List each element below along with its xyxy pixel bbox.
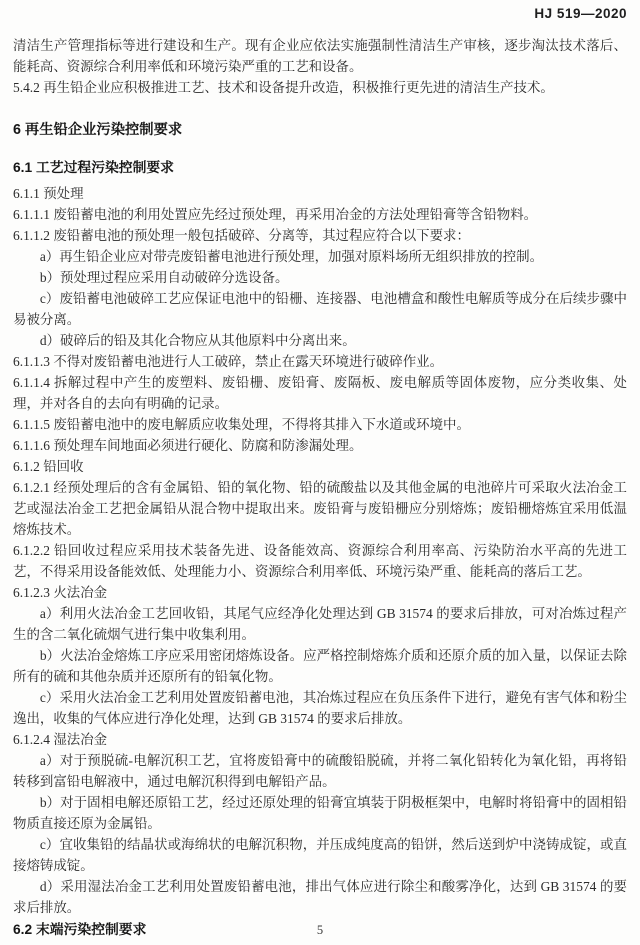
item-6-1-1-2-b: b）预处理过程应采用自动破碎分选设备。 [13, 267, 627, 288]
doc-number: HJ 519—2020 [13, 6, 627, 21]
item-6-1-2-4-c: c）宜收集铅的结晶状或海绵状的电解沉积物，并压成纯度高的铅饼，然后送到炉中浇铸成… [13, 834, 627, 876]
para-6-1-2-1: 6.1.2.1 经预处理后的含有金属铅、铅的氧化物、铅的硫酸盐以及其他金属的电池… [13, 477, 627, 540]
para-6-1-1-3: 6.1.1.3 不得对废铅蓄电池进行人工破碎，禁止在露天环境进行破碎作业。 [13, 351, 627, 372]
para-6-1-1-4: 6.1.1.4 拆解过程中产生的废塑料、废铅栅、废铅膏、废隔板、废电解质等固体废… [13, 372, 627, 414]
heading-6-1: 6.1 工艺过程污染控制要求 [13, 157, 627, 178]
item-6-1-2-3-a: a）利用火法冶金工艺回收铅，其尾气应经净化处理达到 GB 31574 的要求后排… [13, 603, 627, 645]
item-6-1-1-2-d: d）破碎后的铅及其化合物应从其他原料中分离出来。 [13, 330, 627, 351]
para-6-1-1: 6.1.1 预处理 [13, 183, 627, 204]
item-6-1-2-4-b: b）对于固相电解还原铅工艺，经过还原处理的铅膏宜填装于阴极框架中，电解时将铅膏中… [13, 792, 627, 834]
para-6-1-1-2: 6.1.1.2 废铅蓄电池的预处理一般包括破碎、分离等，其过程应符合以下要求： [13, 225, 627, 246]
para-6-1-2-4: 6.1.2.4 湿法冶金 [13, 729, 627, 750]
para-6-1-2-2: 6.1.2.2 铅回收过程应采用技术装备先进、设备能效高、资源综合利用率高、污染… [13, 540, 627, 582]
item-6-1-2-4-d: d）采用湿法冶金工艺利用处置废铅蓄电池，排出气体应进行除尘和酸雾净化，达到 GB… [13, 876, 627, 918]
document-page: HJ 519—2020 清洁生产管理指标等进行建设和生产。现有企业应依法实施强制… [0, 0, 640, 945]
item-6-1-2-4-a: a）对于预脱硫-电解沉积工艺，宜将废铅膏中的硫酸铅脱硫，并将二氧化铅转化为氧化铅… [13, 750, 627, 792]
item-6-1-2-3-c: c）采用火法冶金工艺利用处置废铅蓄电池，其冶炼过程应在负压条件下进行，避免有害气… [13, 687, 627, 729]
document-body: 清洁生产管理指标等进行建设和生产。现有企业应依法实施强制性清洁生产审核，逐步淘汰… [13, 35, 627, 940]
item-6-1-1-2-a: a）再生铅企业应对带壳废铅蓄电池进行预处理，加强对原料场所无组织排放的控制。 [13, 246, 627, 267]
para-6-1-2: 6.1.2 铅回收 [13, 456, 627, 477]
item-6-1-2-3-b: b）火法冶金熔炼工序应采用密闭熔炼设备。应严格控制熔炼介质和还原介质的加入量，以… [13, 645, 627, 687]
item-6-1-1-2-c: c）废铅蓄电池破碎工艺应保证电池中的铅栅、连接器、电池槽盒和酸性电解质等成分在后… [13, 288, 627, 330]
para-6-1-1-1: 6.1.1.1 废铅蓄电池的利用处置应先经过预处理，再采用冶金的方法处理铅膏等含… [13, 204, 627, 225]
page-number: 5 [0, 923, 640, 938]
para-continuation: 清洁生产管理指标等进行建设和生产。现有企业应依法实施强制性清洁生产审核，逐步淘汰… [13, 35, 627, 77]
heading-6: 6 再生铅企业污染控制要求 [13, 120, 627, 141]
para-6-1-2-3: 6.1.2.3 火法冶金 [13, 582, 627, 603]
para-6-1-1-6: 6.1.1.6 预处理车间地面必须进行硬化、防腐和防渗漏处理。 [13, 435, 627, 456]
para-5-4-2: 5.4.2 再生铅企业应积极推进工艺、技术和设备提升改造，积极推行更先进的清洁生… [13, 77, 627, 98]
para-6-1-1-5: 6.1.1.5 废铅蓄电池中的废电解质应收集处理，不得将其排入下水道或环境中。 [13, 414, 627, 435]
